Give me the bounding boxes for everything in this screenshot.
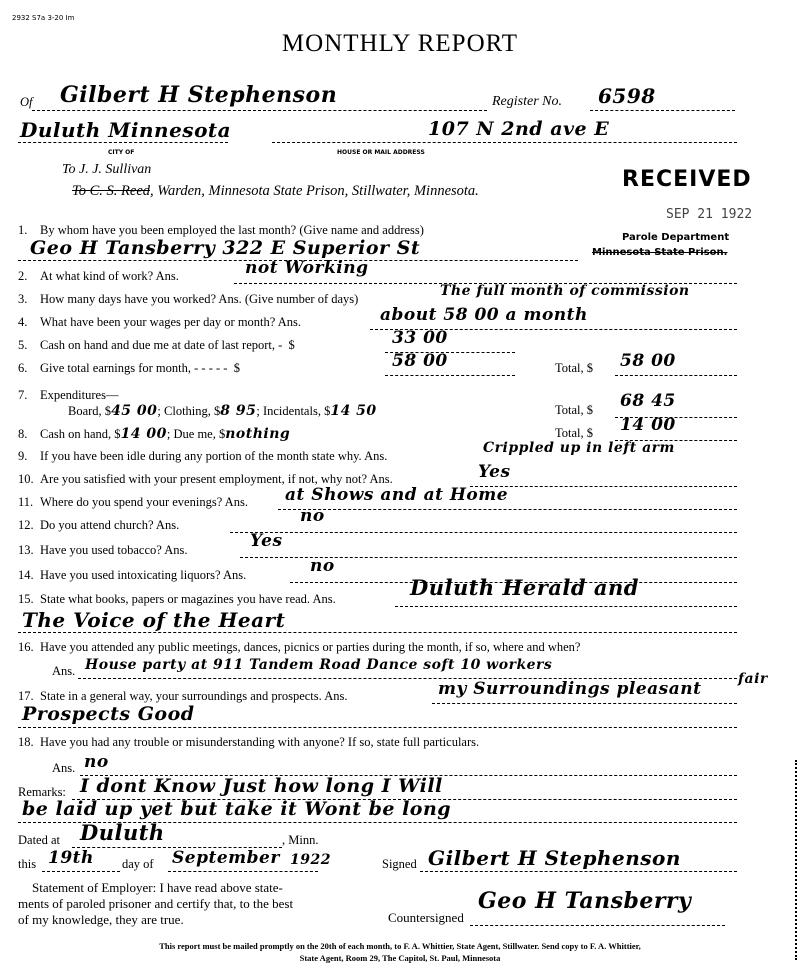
received-stamp: RECEIVED xyxy=(622,167,752,192)
question-2: 2.At what kind of work? Ans. xyxy=(18,269,179,284)
dated-year: 1922 xyxy=(290,852,331,868)
dated-place: Duluth xyxy=(80,820,165,845)
dated-day: 19th xyxy=(48,848,94,868)
question-8: 8.Cash on hand, $14 00; Due me, $nothing xyxy=(18,426,290,442)
address-caption: HOUSE OR MAIL ADDRESS xyxy=(337,149,425,156)
answer-10: Yes xyxy=(478,462,511,482)
answer-17: my Surroundings pleasant xyxy=(438,679,701,699)
address-value: 107 N 2nd ave E xyxy=(428,118,609,140)
warden-line: To C. S. Reed, Warden, Minnesota State P… xyxy=(72,183,479,200)
day-of-label: day of xyxy=(122,857,154,872)
question-17: 17.State in a general way, your surround… xyxy=(18,689,347,704)
dated-month: September xyxy=(172,848,280,868)
board-value: 45 00 xyxy=(111,403,157,419)
cash-on-hand-value: 14 00 xyxy=(121,426,167,442)
footer-line-1: This report must be mailed promptly on t… xyxy=(0,941,800,951)
employer-statement-1: Statement of Employer: I have read above… xyxy=(32,880,283,896)
answer-15-line2: The Voice of the Heart xyxy=(22,608,285,632)
question-11: 11.Where do you spend your evenings? Ans… xyxy=(18,495,248,510)
prisoner-name: Gilbert H Stephenson xyxy=(60,82,337,108)
scan-edge xyxy=(795,760,800,960)
answer-18: no xyxy=(84,752,109,772)
total-6-label: Total, $ xyxy=(555,361,593,376)
question-4: 4.What have been your wages per day or m… xyxy=(18,315,301,330)
dated-label: Dated at xyxy=(18,833,60,848)
total-6: 58 00 xyxy=(620,351,676,371)
answer-17-line2: Prospects Good xyxy=(22,703,195,725)
answer-16-label: Ans. xyxy=(52,664,75,679)
prisoner-signature: Gilbert H Stephenson xyxy=(428,846,681,870)
question-16: 16.Have you attended any public meetings… xyxy=(18,640,580,655)
question-12: 12.Do you attend church? Ans. xyxy=(18,518,179,533)
total-7-label: Total, $ xyxy=(555,403,593,418)
answer-2: not Working xyxy=(245,258,368,278)
answer-14: no xyxy=(310,556,335,576)
answer-16-extra: fair xyxy=(738,671,768,687)
answer-5: 33 00 xyxy=(392,328,448,348)
stamp-prison: Minnesota State Prison. xyxy=(592,247,727,258)
question-5: 5.Cash on hand and due me at date of las… xyxy=(18,338,295,353)
question-6: 6.Give total earnings for month, - - - -… xyxy=(18,361,240,376)
answer-12: no xyxy=(300,506,325,526)
question-3: 3.How many days have you worked? Ans. (G… xyxy=(18,292,358,307)
footer-line-2: State Agent, Room 29, The Capitol, St. P… xyxy=(0,953,800,963)
answer-4: about 58 00 a month xyxy=(380,305,588,325)
answer-11: at Shows and at Home xyxy=(285,485,508,505)
this-label: this xyxy=(18,857,36,872)
answer-6: 58 00 xyxy=(392,351,448,371)
question-18: 18.Have you had any trouble or misunders… xyxy=(18,735,479,750)
answer-15: Duluth Herald and xyxy=(410,575,639,600)
employer-statement-3: of my knowledge, they are true. xyxy=(18,912,184,928)
form-code: 2932 S7a 3-20 Im xyxy=(12,14,74,22)
stamp-date: SEP 21 1922 xyxy=(666,207,752,222)
question-9: 9.If you have been idle during any porti… xyxy=(18,449,387,464)
stamp-dept: Parole Department xyxy=(622,232,729,243)
total-8: 14 00 xyxy=(620,415,676,435)
answer-18-label: Ans. xyxy=(52,761,75,776)
warden-text: , Warden, Minnesota State Prison, Stillw… xyxy=(150,183,479,199)
answer-1: Geo H Tansberry 322 E Superior St xyxy=(30,237,420,259)
question-7: 7.Expenditures— xyxy=(18,388,118,403)
total-7: 68 45 xyxy=(620,391,676,411)
question-13: 13.Have you used tobacco? Ans. xyxy=(18,543,188,558)
due-me-value: nothing xyxy=(225,426,290,442)
clothing-value: 8 95 xyxy=(220,403,256,419)
answer-3: The full month of commission xyxy=(440,283,690,299)
signed-label: Signed xyxy=(382,857,417,872)
answer-13: Yes xyxy=(250,531,283,551)
question-15: 15.State what books, papers or magazines… xyxy=(18,592,336,607)
page-title: MONTHLY REPORT xyxy=(0,30,800,58)
of-label: Of xyxy=(20,95,33,110)
register-number: 6598 xyxy=(598,84,656,108)
question-1: 1.By whom have you been employed the las… xyxy=(18,223,424,238)
dated-state: , Minn. xyxy=(282,833,318,848)
answer-16: House party at 911 Tandem Road Dance sof… xyxy=(85,657,552,673)
to-line: To J. J. Sullivan xyxy=(62,162,151,178)
city-caption: CITY OF xyxy=(108,149,134,156)
register-label: Register No. xyxy=(492,94,562,110)
employer-statement-2: ments of paroled prisoner and certify th… xyxy=(18,896,293,912)
countersigned-label: Countersigned xyxy=(388,910,464,926)
remarks-line2: be laid up yet but take it Wont be long xyxy=(22,798,451,820)
remarks-line1: I dont Know Just how long I Will xyxy=(80,775,443,797)
expenditures-line: Board, $45 00; Clothing, $8 95; Incident… xyxy=(68,403,377,419)
incidentals-value: 14 50 xyxy=(330,403,376,419)
struck-name: To C. S. Reed xyxy=(72,183,150,199)
question-14: 14.Have you used intoxicating liquors? A… xyxy=(18,568,246,583)
total-8-label: Total, $ xyxy=(555,426,593,441)
answer-9: Crippled up in left arm xyxy=(483,440,675,456)
city-value: Duluth Minnesota xyxy=(20,118,231,142)
employer-countersignature: Geo H Tansberry xyxy=(478,888,691,914)
